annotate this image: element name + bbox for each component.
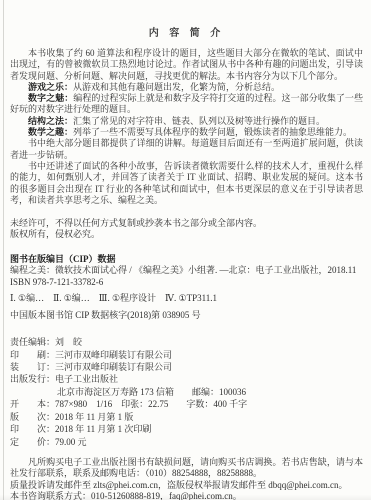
part-lead: 数字之魅： (28, 93, 73, 103)
detail-paragraph: 书中绝大部分题目都提供了详细的讲解。每道题目后面还有一至两道扩展问题，供读者进一… (10, 138, 363, 161)
colophon-label: 印 次： (10, 423, 55, 435)
colophon-value: 787×980 1/16 印张：22.75 字数：400 千字 (55, 398, 247, 410)
cip-entry: 编程之美：微软技术面试心得 / 《编程之美》小组著. —北京：电子工业出版社，2… (10, 265, 363, 277)
colophon-row-format: 开 本：787×980 1/16 印张：22.75 字数：400 千字 (10, 398, 363, 410)
part-lead: 游戏之乐： (28, 82, 73, 92)
colophon-row-printer: 印 刷：三河市双峰印刷装订有限公司 (10, 349, 363, 361)
colophon-value: 2018 年 11 月第 1 版 (55, 411, 133, 423)
colophon-label: 出版发行： (10, 373, 55, 385)
colophon-row-edition: 版 次：2018 年 11 月第 1 版 (10, 411, 363, 423)
part-paragraph-numbers: 数字之魅：编程的过程实际上就是和数字及字符打交道的过程。这一部分收集了一些好玩的… (10, 93, 363, 116)
colophon-value: 刘 皎 (55, 336, 82, 348)
part-text: 列举了一些不需要写具体程序的数学问题，锻炼读者的抽象思维能力。 (73, 127, 352, 137)
colophon-value: 2018 年 11 月第 1 次印刷 (55, 423, 151, 435)
part-paragraph-structures: 结构之法：汇集了常见的对字符串、链表、队列以及树等进行操作的题目。 (10, 116, 363, 127)
intro-paragraph: 本书收集了约 60 道算法和程序设计的题目，这些题目大部分在微软的笔试、面试中出… (10, 48, 363, 82)
cip-registry: 中国版本图书馆 CIP 数据核字(2018)第 038905 号 (10, 310, 363, 322)
colophon-row-impression: 印 次：2018 年 11 月第 1 次印刷 (10, 423, 363, 435)
scan-shadow (0, 494, 371, 500)
part-paragraph-games: 游戏之乐：从游戏和其他有趣问题出发，化繁为简，分析总结。 (10, 82, 363, 93)
part-lead: 结构之法： (28, 116, 73, 126)
colophon-row-editor: 责任编辑：刘 皎 (10, 336, 363, 348)
page-edge-line (3, 0, 4, 500)
colophon-row-publisher: 出版发行：电子工业出版社 (10, 373, 363, 385)
colophon-label: 定 价： (10, 436, 55, 448)
colophon-label: 开 本： (10, 398, 55, 410)
cip-header: 图书在版编目（CIP）数据 (10, 254, 363, 266)
colophon-row-address: 北京市海淀区万寿路 173 信箱 邮编：100036 (10, 386, 363, 398)
part-text: 汇集了常见的对字符串、链表、队列以及树等进行操作的题目。 (73, 116, 325, 126)
colophon-section: 责任编辑：刘 皎 印 刷：三河市双峰印刷装订有限公司 装 订：三河市双峰印刷装订… (10, 336, 363, 448)
cip-classification: Ⅰ. ①编… Ⅱ. ①编… Ⅲ. ①程序设计 Ⅳ. ①TP311.1 (10, 293, 363, 305)
colophon-label: 版 次： (10, 411, 55, 423)
copyright-page: 内 容 简 介 本书收集了约 60 道算法和程序设计的题目，这些题目大部分在微软… (0, 0, 371, 500)
content-summary-section: 内 容 简 介 本书收集了约 60 道算法和程序设计的题目，这些题目大部分在微软… (10, 24, 363, 206)
colophon-row-price: 定 价：79.00 元 (10, 436, 363, 448)
part-text: 从游戏和其他有趣问题出发，化繁为简，分析总结。 (73, 82, 280, 92)
part-paragraph-math: 数学之趣：列举了一些不需要写具体程序的数学问题，锻炼读者的抽象思维能力。 (10, 127, 363, 138)
copyright-notice-line: 未经许可，不得以任何方式复制或抄袭本书之部分或全部内容。 (10, 218, 363, 229)
colophon-value: 79.00 元 (55, 436, 87, 448)
copyright-notice-section: 未经许可，不得以任何方式复制或抄袭本书之部分或全部内容。 版权所有，侵权必究。 (10, 218, 363, 241)
footer-complaint-note: 质量投诉请发邮件至 zlts@phei.com.cn，盗版侵权举报请发邮件至 d… (10, 480, 363, 491)
copyright-notice-line: 版权所有，侵权必究。 (10, 229, 363, 240)
colophon-value: 北京市海淀区万寿路 173 信箱 邮编：100036 (57, 386, 246, 398)
colophon-row-binder: 装 订：三河市双峰印刷装订有限公司 (10, 361, 363, 373)
colophon-value: 电子工业出版社 (55, 373, 118, 385)
colophon-value: 三河市双峰印刷装订有限公司 (55, 361, 172, 373)
colophon-value: 三河市双峰印刷装订有限公司 (55, 349, 172, 361)
part-lead: 数学之趣： (28, 127, 73, 137)
colophon-label: 印 刷： (10, 349, 55, 361)
colophon-label: 责任编辑： (10, 336, 55, 348)
stories-paragraph: 书中还讲述了面试的各种小故事，告诉读者微软需要什么样的技术人才，重视什么样的能力… (10, 161, 363, 206)
summary-title: 内 容 简 介 (10, 24, 363, 39)
cip-isbn: ISBN 978-7-121-33782-6 (10, 277, 363, 289)
cip-section: 图书在版编目（CIP）数据 编程之美：微软技术面试心得 / 《编程之美》小组著.… (10, 254, 363, 322)
colophon-label: 装 订： (10, 361, 55, 373)
footer-exchange-note: 凡所购买电子工业出版社图书有缺损问题，请向购买书店调换。若书店售缺，请与本社发行… (10, 457, 363, 480)
